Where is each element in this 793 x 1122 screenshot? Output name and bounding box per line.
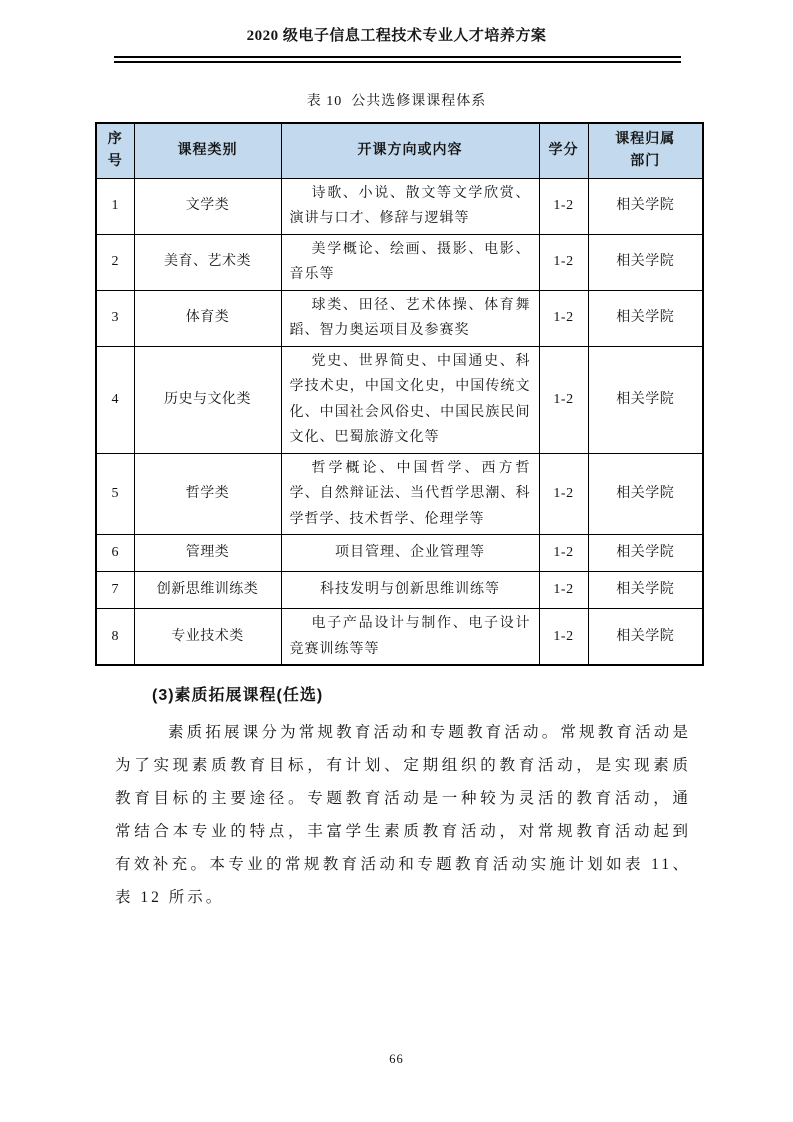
cell-no: 3: [96, 290, 134, 346]
cell-credits: 1-2: [539, 234, 588, 290]
course-table-body: 1 文学类 诗歌、小说、散文等文学欣赏、演讲与口才、修辞与逻辑等 1-2 相关学…: [96, 178, 703, 665]
column-header-no: 序 号: [96, 123, 134, 179]
cell-credits: 1-2: [539, 346, 588, 453]
table-row: 2 美育、艺术类 美学概论、绘画、摄影、电影、音乐等 1-2 相关学院: [96, 234, 703, 290]
column-header-department: 课程归属 部门: [588, 123, 703, 179]
cell-no: 4: [96, 346, 134, 453]
table-row: 7 创新思维训练类 科技发明与创新思维训练等 1-2 相关学院: [96, 572, 703, 609]
table-row: 1 文学类 诗歌、小说、散文等文学欣赏、演讲与口才、修辞与逻辑等 1-2 相关学…: [96, 178, 703, 234]
document-page: 2020 级电子信息工程技术专业人才培养方案 表 10 公共选修课课程体系 序 …: [0, 0, 793, 1122]
paragraph-line: 为了实现素质教育目标，有计划、定期组织的教育活动，是实现素质: [115, 749, 691, 782]
paragraph-line: 教育目标的主要途径。专题教育活动是一种较为灵活的教育活动，通: [115, 782, 691, 815]
cell-category: 体育类: [134, 290, 281, 346]
cell-no: 7: [96, 572, 134, 609]
cell-credits: 1-2: [539, 535, 588, 572]
page-title: 2020 级电子信息工程技术专业人才培养方案: [0, 0, 793, 46]
cell-content: 美学概论、绘画、摄影、电影、音乐等: [281, 234, 539, 290]
cell-no: 1: [96, 178, 134, 234]
table-row: 5 哲学类 哲学概论、中国哲学、西方哲学、自然辩证法、当代哲学思潮、科学哲学、技…: [96, 453, 703, 535]
cell-credits: 1-2: [539, 609, 588, 666]
cell-content: 科技发明与创新思维训练等: [281, 572, 539, 609]
cell-content: 项目管理、企业管理等: [281, 535, 539, 572]
column-header-content: 开课方向或内容: [281, 123, 539, 179]
cell-department: 相关学院: [588, 346, 703, 453]
cell-content: 党史、世界简史、中国通史、科学技术史，中国文化史，中国传统文化、中国社会风俗史、…: [281, 346, 539, 453]
cell-department: 相关学院: [588, 572, 703, 609]
cell-department: 相关学院: [588, 178, 703, 234]
cell-category: 管理类: [134, 535, 281, 572]
cell-no: 6: [96, 535, 134, 572]
table-row: 4 历史与文化类 党史、世界简史、中国通史、科学技术史，中国文化史，中国传统文化…: [96, 346, 703, 453]
cell-content: 诗歌、小说、散文等文学欣赏、演讲与口才、修辞与逻辑等: [281, 178, 539, 234]
table-caption: 表 10 公共选修课课程体系: [0, 93, 793, 111]
paragraph-line: 常结合本专业的特点，丰富学生素质教育活动，对常规教育活动起到: [115, 815, 691, 848]
column-header-credits: 学分: [539, 123, 588, 179]
page-number: 66: [0, 1052, 793, 1067]
cell-department: 相关学院: [588, 290, 703, 346]
table-row: 6 管理类 项目管理、企业管理等 1-2 相关学院: [96, 535, 703, 572]
cell-department: 相关学院: [588, 535, 703, 572]
cell-no: 2: [96, 234, 134, 290]
cell-no: 8: [96, 609, 134, 666]
cell-category: 创新思维训练类: [134, 572, 281, 609]
cell-credits: 1-2: [539, 290, 588, 346]
paragraph-line: 有效补充。本专业的常规教育活动和专题教育活动实施计划如表 11、: [115, 848, 691, 881]
course-table: 序 号 课程类别 开课方向或内容 学分 课程归属 部门 1 文学类 诗歌、小说、…: [95, 122, 704, 667]
cell-category: 哲学类: [134, 453, 281, 535]
cell-credits: 1-2: [539, 178, 588, 234]
cell-content: 哲学概论、中国哲学、西方哲学、自然辩证法、当代哲学思潮、科学哲学、技术哲学、伦理…: [281, 453, 539, 535]
cell-content: 电子产品设计与制作、电子设计竞赛训练等等: [281, 609, 539, 666]
cell-no: 5: [96, 453, 134, 535]
paragraph-line: 素质拓展课分为常规教育活动和专题教育活动。常规教育活动是: [115, 716, 691, 749]
document-header: 2020 级电子信息工程技术专业人才培养方案: [0, 0, 793, 63]
cell-category: 历史与文化类: [134, 346, 281, 453]
table-row: 3 体育类 球类、田径、艺术体操、体育舞蹈、智力奥运项目及参赛奖 1-2 相关学…: [96, 290, 703, 346]
cell-category: 文学类: [134, 178, 281, 234]
body-paragraph: 素质拓展课分为常规教育活动和专题教育活动。常规教育活动是为了实现素质教育目标，有…: [115, 716, 691, 914]
cell-credits: 1-2: [539, 572, 588, 609]
table-row: 8 专业技术类 电子产品设计与制作、电子设计竞赛训练等等 1-2 相关学院: [96, 609, 703, 666]
cell-department: 相关学院: [588, 234, 703, 290]
cell-department: 相关学院: [588, 609, 703, 666]
cell-content: 球类、田径、艺术体操、体育舞蹈、智力奥运项目及参赛奖: [281, 290, 539, 346]
paragraph-line: 表 12 所示。: [115, 881, 691, 914]
column-header-category: 课程类别: [134, 123, 281, 179]
cell-department: 相关学院: [588, 453, 703, 535]
table-header-row: 序 号 课程类别 开课方向或内容 学分 课程归属 部门: [96, 123, 703, 179]
cell-category: 美育、艺术类: [134, 234, 281, 290]
header-rule: [114, 56, 681, 63]
cell-category: 专业技术类: [134, 609, 281, 666]
section-heading: (3)素质拓展课程(任选): [152, 684, 793, 708]
cell-credits: 1-2: [539, 453, 588, 535]
